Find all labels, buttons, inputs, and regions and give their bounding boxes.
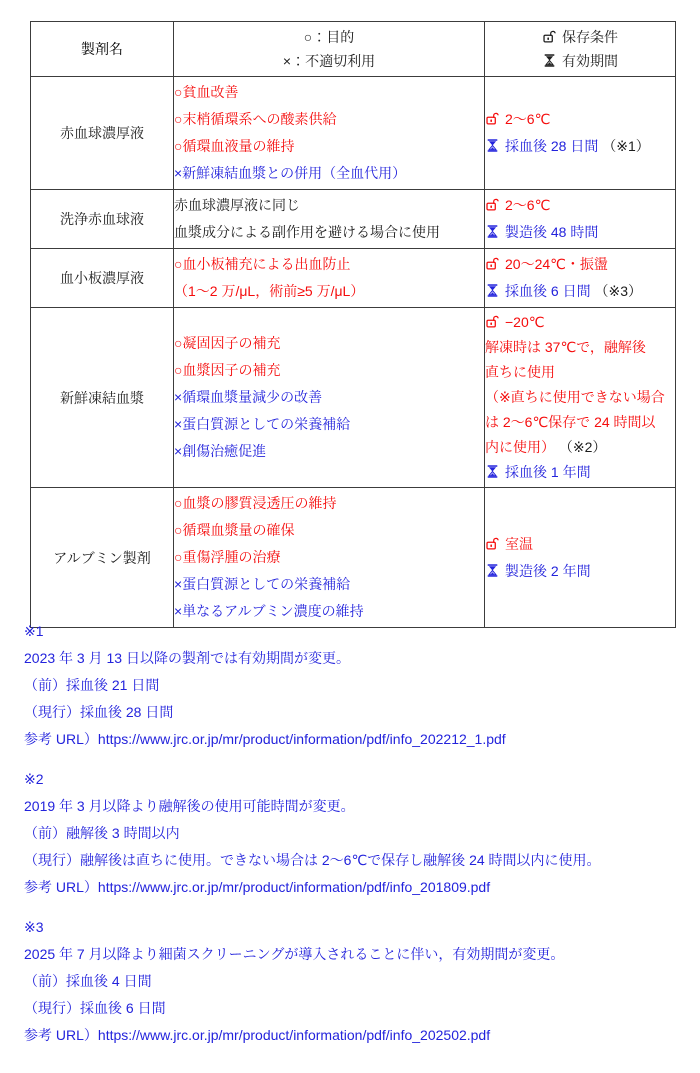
storage-line-text: 採血後 6 日間 bbox=[505, 283, 591, 299]
footnote-label: ※3 bbox=[24, 914, 684, 941]
storage-line-text: （※直ちに使用できない場合 bbox=[485, 389, 665, 405]
purpose-line: ○重傷浮腫の治療 bbox=[174, 544, 484, 571]
footnote-1: ※12023 年 3 月 13 日以降の製剤では有効期間が変更。（前）採血後 2… bbox=[24, 618, 684, 753]
purpose-line-text: 赤血球濃厚液に同じ bbox=[174, 197, 300, 213]
storage-line-text: 解凍時は 37℃で，融解後 bbox=[485, 339, 646, 355]
footnote-2: ※22019 年 3 月以降より融解後の使用可能時間が変更。（前）融解後 3 時… bbox=[24, 766, 684, 901]
footnote-line: （現行）融解後は直ちに使用。できない場合は 2～6℃で保存し融解後 24 時間以… bbox=[24, 847, 684, 874]
storage-line: 直ちに使用 bbox=[485, 360, 675, 385]
purpose-line: 血漿成分による副作用を避ける場合に使用 bbox=[174, 219, 484, 246]
purpose-line-text: （1～2 万/μL，術前≥5 万/μL） bbox=[174, 283, 364, 299]
purpose-line-text: ×蛋白質源としての栄養補給 bbox=[174, 576, 350, 592]
purpose-line-text: ○重傷浮腫の治療 bbox=[174, 549, 280, 565]
purpose-cell: 赤血球濃厚液に同じ血漿成分による副作用を避ける場合に使用 bbox=[174, 190, 485, 249]
storage-line-text: 製造後 48 時間 bbox=[505, 224, 598, 240]
reference-url-prefix: 参考 URL） bbox=[24, 1027, 98, 1043]
purpose-line-text: ○貧血改善 bbox=[174, 84, 238, 100]
header-product-name: 製剤名 bbox=[31, 22, 174, 77]
table-row: 血小板濃厚液○血小板補充による出血防止（1～2 万/μL，術前≥5 万/μL）2… bbox=[31, 249, 676, 308]
reference-url-link[interactable]: https://www.jrc.or.jp/mr/product/informa… bbox=[98, 731, 506, 747]
table-row: アルブミン製剤○血漿の膠質浸透圧の維持○循環血漿量の確保○重傷浮腫の治療×蛋白質… bbox=[31, 488, 676, 628]
purpose-line: （1～2 万/μL，術前≥5 万/μL） bbox=[174, 278, 484, 305]
footnote-line: 参考 URL）https://www.jrc.or.jp/mr/product/… bbox=[24, 874, 684, 901]
product-name: 血小板濃厚液 bbox=[60, 270, 144, 286]
hourglass-icon bbox=[485, 138, 500, 153]
footnote-line: （前）採血後 4 日間 bbox=[24, 968, 684, 995]
footnote-label: ※2 bbox=[24, 766, 684, 793]
purpose-line: ○凝固因子の補充 bbox=[174, 330, 484, 357]
lock-open-icon bbox=[485, 256, 500, 271]
lock-open-icon bbox=[485, 197, 500, 212]
header-purpose-line: ×：不適切利用 bbox=[174, 49, 484, 73]
hourglass-icon bbox=[485, 563, 500, 578]
storage-line: 採血後 28 日間 （※1） bbox=[485, 133, 675, 160]
purpose-line-text: ×単なるアルブミン濃度の維持 bbox=[174, 603, 364, 619]
storage-line: 採血後 1 年間 bbox=[485, 460, 675, 485]
storage-cell: 20～24℃・振盪採血後 6 日間 （※3） bbox=[485, 249, 676, 308]
footnote-line: （現行）採血後 28 日間 bbox=[24, 699, 684, 726]
hourglass-icon bbox=[485, 283, 500, 298]
footnote-3: ※32025 年 7 月以降より細菌スクリーニングが導入されることに伴い，有効期… bbox=[24, 914, 684, 1049]
storage-line: 解凍時は 37℃で，融解後 bbox=[485, 335, 675, 360]
purpose-line-text: ○血小板補充による出血防止 bbox=[174, 256, 350, 272]
purpose-line: ×創傷治癒促進 bbox=[174, 438, 484, 465]
purpose-line-text: 血漿成分による副作用を避ける場合に使用 bbox=[174, 224, 440, 240]
purpose-cell: ○血小板補充による出血防止（1～2 万/μL，術前≥5 万/μL） bbox=[174, 249, 485, 308]
purpose-line-text: ○血漿因子の補充 bbox=[174, 362, 280, 378]
table-row: 洗浄赤血球液赤血球濃厚液に同じ血漿成分による副作用を避ける場合に使用2～6℃製造… bbox=[31, 190, 676, 249]
storage-line: −20℃ bbox=[485, 310, 675, 335]
purpose-cell: ○貧血改善○末梢循環系への酸素供給○循環血液量の維持×新鮮凍結血漿との併用（全血… bbox=[174, 77, 485, 190]
purpose-line-text: ○循環血漿量の確保 bbox=[174, 522, 294, 538]
purpose-line: ○循環血液量の維持 bbox=[174, 133, 484, 160]
storage-line-text: 採血後 1 年間 bbox=[505, 464, 591, 480]
purpose-line-text: ○循環血液量の維持 bbox=[174, 138, 294, 154]
hourglass-icon bbox=[485, 224, 500, 239]
storage-line-text: （※3） bbox=[591, 283, 642, 299]
product-name: 洗浄赤血球液 bbox=[60, 211, 144, 227]
footnote-line: （前）融解後 3 時間以内 bbox=[24, 820, 684, 847]
storage-line-text: （※1） bbox=[598, 138, 649, 154]
storage-cell: 室温製造後 2 年間 bbox=[485, 488, 676, 628]
storage-cell: −20℃解凍時は 37℃で，融解後直ちに使用（※直ちに使用できない場合は 2～6… bbox=[485, 308, 676, 488]
product-name-cell: 洗浄赤血球液 bbox=[31, 190, 174, 249]
purpose-line-text: ×創傷治癒促進 bbox=[174, 443, 266, 459]
purpose-line-text: ○末梢循環系への酸素供給 bbox=[174, 111, 336, 127]
product-name-cell: 赤血球濃厚液 bbox=[31, 77, 174, 190]
header-storage: 保存条件有効期間 bbox=[485, 22, 676, 77]
product-name-cell: 血小板濃厚液 bbox=[31, 249, 174, 308]
reference-url-link[interactable]: https://www.jrc.or.jp/mr/product/informa… bbox=[98, 879, 490, 895]
footnote-line: （現行）採血後 6 日間 bbox=[24, 995, 684, 1022]
hourglass-icon bbox=[485, 464, 500, 479]
product-name: 赤血球濃厚液 bbox=[60, 125, 144, 141]
product-name-cell: アルブミン製剤 bbox=[31, 488, 174, 628]
storage-line: 製造後 48 時間 bbox=[485, 219, 675, 246]
footnote-line: 参考 URL）https://www.jrc.or.jp/mr/product/… bbox=[24, 726, 684, 753]
footnote-line: （前）採血後 21 日間 bbox=[24, 672, 684, 699]
reference-url-prefix: 参考 URL） bbox=[24, 879, 98, 895]
storage-line: 20～24℃・振盪 bbox=[485, 251, 675, 278]
purpose-line: ×蛋白質源としての栄養補給 bbox=[174, 571, 484, 598]
table-header-row: 製剤名 ○：目的×：不適切利用 保存条件有効期間 bbox=[31, 22, 676, 77]
storage-line: は 2～6℃保存で 24 時間以 bbox=[485, 410, 675, 435]
storage-line: 製造後 2 年間 bbox=[485, 558, 675, 585]
storage-line: 室温 bbox=[485, 531, 675, 558]
storage-line-text: 室温 bbox=[505, 536, 533, 552]
header-storage-line: 有効期間 bbox=[542, 49, 618, 73]
purpose-line-text: ×新鮮凍結血漿との併用（全血代用） bbox=[174, 165, 406, 181]
storage-line: 採血後 6 日間 （※3） bbox=[485, 278, 675, 305]
header-purpose-line: ○：目的 bbox=[174, 25, 484, 49]
storage-line-text: −20℃ bbox=[505, 314, 544, 330]
lock-open-icon bbox=[485, 536, 500, 551]
storage-line-text: 採血後 28 日間 bbox=[505, 138, 598, 154]
purpose-line: ○血漿の膠質浸透圧の維持 bbox=[174, 490, 484, 517]
product-name: アルブミン製剤 bbox=[53, 550, 150, 566]
lock-open-icon bbox=[485, 111, 500, 126]
purpose-line: ×循環血漿量減少の改善 bbox=[174, 384, 484, 411]
purpose-line: ○循環血漿量の確保 bbox=[174, 517, 484, 544]
header-product-name-label: 製剤名 bbox=[81, 41, 123, 57]
storage-line: （※直ちに使用できない場合 bbox=[485, 385, 675, 410]
storage-line-text: は 2～6℃保存で 24 時間以 bbox=[485, 414, 656, 430]
lock-open-icon bbox=[485, 314, 500, 329]
header-storage-line-text: 保存条件 bbox=[562, 29, 618, 45]
purpose-line: 赤血球濃厚液に同じ bbox=[174, 192, 484, 219]
hourglass-icon bbox=[542, 53, 557, 68]
footnote-line: 2019 年 3 月以降より融解後の使用可能時間が変更。 bbox=[24, 793, 684, 820]
storage-line-text: 内に使用） bbox=[485, 439, 555, 455]
footnote-label: ※1 bbox=[24, 618, 684, 645]
purpose-line: ○血漿因子の補充 bbox=[174, 357, 484, 384]
reference-url-link[interactable]: https://www.jrc.or.jp/mr/product/informa… bbox=[98, 1027, 490, 1043]
purpose-line-text: ×蛋白質源としての栄養補給 bbox=[174, 416, 350, 432]
purpose-line: ○血小板補充による出血防止 bbox=[174, 251, 484, 278]
reference-url-prefix: 参考 URL） bbox=[24, 731, 98, 747]
footnote-line: 参考 URL）https://www.jrc.or.jp/mr/product/… bbox=[24, 1022, 684, 1049]
storage-line: 2～6℃ bbox=[485, 106, 675, 133]
purpose-line: ×蛋白質源としての栄養補給 bbox=[174, 411, 484, 438]
header-purpose: ○：目的×：不適切利用 bbox=[174, 22, 485, 77]
storage-line-text: 2～6℃ bbox=[505, 197, 550, 213]
blood-products-document: 製剤名 ○：目的×：不適切利用 保存条件有効期間 赤血球濃厚液○貧血改善○末梢循… bbox=[0, 0, 700, 1073]
storage-line: 2～6℃ bbox=[485, 192, 675, 219]
storage-line-text: 製造後 2 年間 bbox=[505, 563, 591, 579]
product-name-cell: 新鮮凍結血漿 bbox=[31, 308, 174, 488]
storage-line: 内に使用） （※2） bbox=[485, 435, 675, 460]
header-storage-line-text: 有効期間 bbox=[562, 53, 618, 69]
footnote-line: 2023 年 3 月 13 日以降の製剤では有効期間が変更。 bbox=[24, 645, 684, 672]
lock-open-icon bbox=[542, 29, 557, 44]
table-row: 新鮮凍結血漿○凝固因子の補充○血漿因子の補充×循環血漿量減少の改善×蛋白質源とし… bbox=[31, 308, 676, 488]
storage-line-text: 2～6℃ bbox=[505, 111, 550, 127]
purpose-line: ○貧血改善 bbox=[174, 79, 484, 106]
table-row: 赤血球濃厚液○貧血改善○末梢循環系への酸素供給○循環血液量の維持×新鮮凍結血漿と… bbox=[31, 77, 676, 190]
storage-line-text: （※2） bbox=[555, 439, 606, 455]
purpose-line-text: ○血漿の膠質浸透圧の維持 bbox=[174, 495, 336, 511]
purpose-line-text: ×循環血漿量減少の改善 bbox=[174, 389, 322, 405]
header-storage-line: 保存条件 bbox=[542, 25, 618, 49]
blood-products-table: 製剤名 ○：目的×：不適切利用 保存条件有効期間 赤血球濃厚液○貧血改善○末梢循… bbox=[30, 21, 676, 628]
purpose-cell: ○血漿の膠質浸透圧の維持○循環血漿量の確保○重傷浮腫の治療×蛋白質源としての栄養… bbox=[174, 488, 485, 628]
purpose-line: ×新鮮凍結血漿との併用（全血代用） bbox=[174, 160, 484, 187]
purpose-cell: ○凝固因子の補充○血漿因子の補充×循環血漿量減少の改善×蛋白質源としての栄養補給… bbox=[174, 308, 485, 488]
storage-line-text: 20～24℃・振盪 bbox=[505, 256, 608, 272]
storage-cell: 2～6℃製造後 48 時間 bbox=[485, 190, 676, 249]
storage-cell: 2～6℃採血後 28 日間 （※1） bbox=[485, 77, 676, 190]
storage-line-text: 直ちに使用 bbox=[485, 364, 555, 380]
footnotes-section: ※12023 年 3 月 13 日以降の製剤では有効期間が変更。（前）採血後 2… bbox=[24, 618, 684, 1062]
purpose-line: ○末梢循環系への酸素供給 bbox=[174, 106, 484, 133]
footnote-line: 2025 年 7 月以降より細菌スクリーニングが導入されることに伴い，有効期間が… bbox=[24, 941, 684, 968]
purpose-line-text: ○凝固因子の補充 bbox=[174, 335, 280, 351]
product-name: 新鮮凍結血漿 bbox=[60, 390, 144, 406]
